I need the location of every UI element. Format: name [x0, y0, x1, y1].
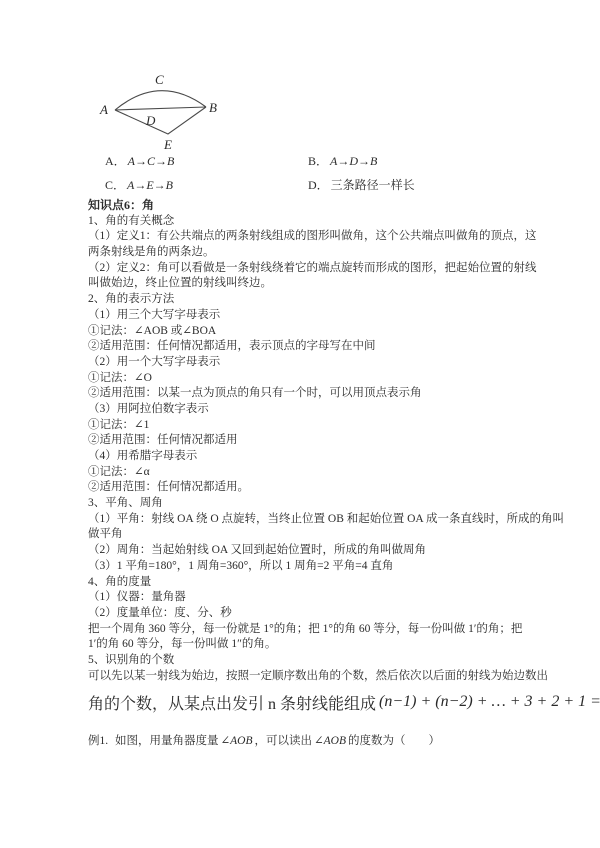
option-d-key: D．: [308, 178, 329, 192]
point-label-b: B: [209, 100, 217, 115]
text-line: 做平角: [88, 527, 558, 543]
formula-prefix: 角的个数，从某点出发引 n 条射线能组成: [88, 691, 376, 714]
text-line: ①记法：∠α: [88, 465, 558, 481]
example-angle-aob-1: ∠AOB: [221, 735, 253, 747]
example-text-mid: ，可以读出: [255, 735, 313, 747]
text-line: （3）1 平角=180°，1 周角=360°，所以 1 周角=2 平角=4 直角: [88, 559, 558, 575]
knowledge-point-section: 知识点6：角 1、角的有关概念 （1）定义1：有公共端点的两条射线组成的图形叫做…: [88, 198, 558, 749]
text-line: （1）定义1：有公共端点的两条射线组成的图形叫做角，这个公共端点叫做角的顶点，这: [88, 229, 558, 245]
point-label-a: A: [99, 102, 108, 117]
option-c: C．A→E→B: [105, 176, 173, 193]
text-line: （3）用阿拉伯数字表示: [88, 402, 558, 418]
text-line: 3、平角、周角: [88, 496, 558, 512]
text-line: ②适用范围：以某一点为顶点的角只有一个时，可以用顶点表示角: [88, 386, 558, 402]
example-text-after: 的度数为（ ）: [348, 735, 440, 747]
text-line: ②适用范围：任何情况都适用: [88, 433, 558, 449]
example-label: 例1.: [88, 735, 108, 747]
segment-adb: [115, 107, 206, 110]
text-line: 5、识别角的个数: [88, 653, 558, 669]
option-c-key: C．: [105, 178, 125, 192]
example-angle-aob-2: ∠AOB: [314, 735, 346, 747]
text-line: （2）度量单位：度、分、秒: [88, 606, 558, 622]
text-line: （1）用三个大写字母表示: [88, 308, 558, 324]
geometry-figure: A B C D E: [98, 66, 230, 161]
formula-line: 角的个数，从某点出发引 n 条射线能组成 (n−1) + (n−2) + … +…: [88, 684, 558, 720]
text-line: ②适用范围：任何情况都适用，表示顶点的字母写在中间: [88, 339, 558, 355]
option-b-text: A→D→B: [330, 154, 377, 168]
option-d-text: 三条路径一样长: [331, 178, 415, 192]
option-a-key: A．: [105, 154, 126, 168]
document-page: A B C D E A．A→C→B B．A→D→B C．A→E→B D．三条路径…: [0, 0, 600, 848]
text-line: 可以先以某一射线为始边，按照一定顺序数出角的个数，然后依次以后面的射线为始边数出: [88, 669, 558, 685]
section-heading: 知识点6：角: [88, 198, 558, 214]
point-label-c: C: [155, 72, 164, 87]
text-line: （4）用希腊字母表示: [88, 449, 558, 465]
paths-diagram: A B C D E: [98, 66, 230, 161]
text-line: ①记法：∠O: [88, 371, 558, 387]
option-a: A．A→C→B: [105, 152, 174, 169]
path-aeb: [115, 107, 206, 134]
option-d: D．三条路径一样长: [308, 176, 415, 193]
formula-series: (n−1) + (n−2) + … + 3 + 2 + 1 =: [379, 693, 600, 711]
text-line: 1′的角 60 等分，每一份叫做 1″的角。: [88, 637, 558, 653]
text-line: 2、角的表示方法: [88, 292, 558, 308]
text-line: 4、角的度量: [88, 575, 558, 591]
option-a-text: A→C→B: [128, 154, 175, 168]
text-line: 把一个周角 360 等分，每一份就是 1°的角；把 1°的角 60 等分，每一份…: [88, 622, 558, 638]
example-1-line: 例1. 如图，用量角器度量∠AOB，可以读出∠AOB的度数为（ ）: [88, 733, 558, 749]
point-label-d: D: [145, 113, 156, 128]
text-line: （2）周角：当起始射线 OA 又回到起始位置时，所成的角叫做周角: [88, 543, 558, 559]
option-c-text: A→E→B: [127, 178, 173, 192]
text-line: 两条射线是角的两条边。: [88, 245, 558, 261]
text-line: ①记法：∠AOB 或∠BOA: [88, 324, 558, 340]
option-b: B．A→D→B: [308, 152, 377, 169]
text-line: 1、角的有关概念: [88, 214, 558, 230]
text-line: ②适用范围：任何情况都适用。: [88, 480, 558, 496]
text-line: （1）仪器：量角器: [88, 590, 558, 606]
text-line: （1）平角：射线 OA 绕 O 点旋转，当终止位置 OB 和起始位置 OA 成一…: [88, 512, 558, 528]
text-line: （2）定义2：角可以看做是一条射线绕着它的端点旋转而形成的图形，把起始位置的射线: [88, 261, 558, 277]
text-line: 叫做始边，终止位置的射线叫终边。: [88, 276, 558, 292]
option-b-key: B．: [308, 154, 328, 168]
example-text-before: 如图，用量角器度量: [115, 735, 219, 747]
text-line: ①记法：∠1: [88, 418, 558, 434]
point-label-e: E: [163, 137, 172, 152]
text-line: （2）用一个大写字母表示: [88, 355, 558, 371]
